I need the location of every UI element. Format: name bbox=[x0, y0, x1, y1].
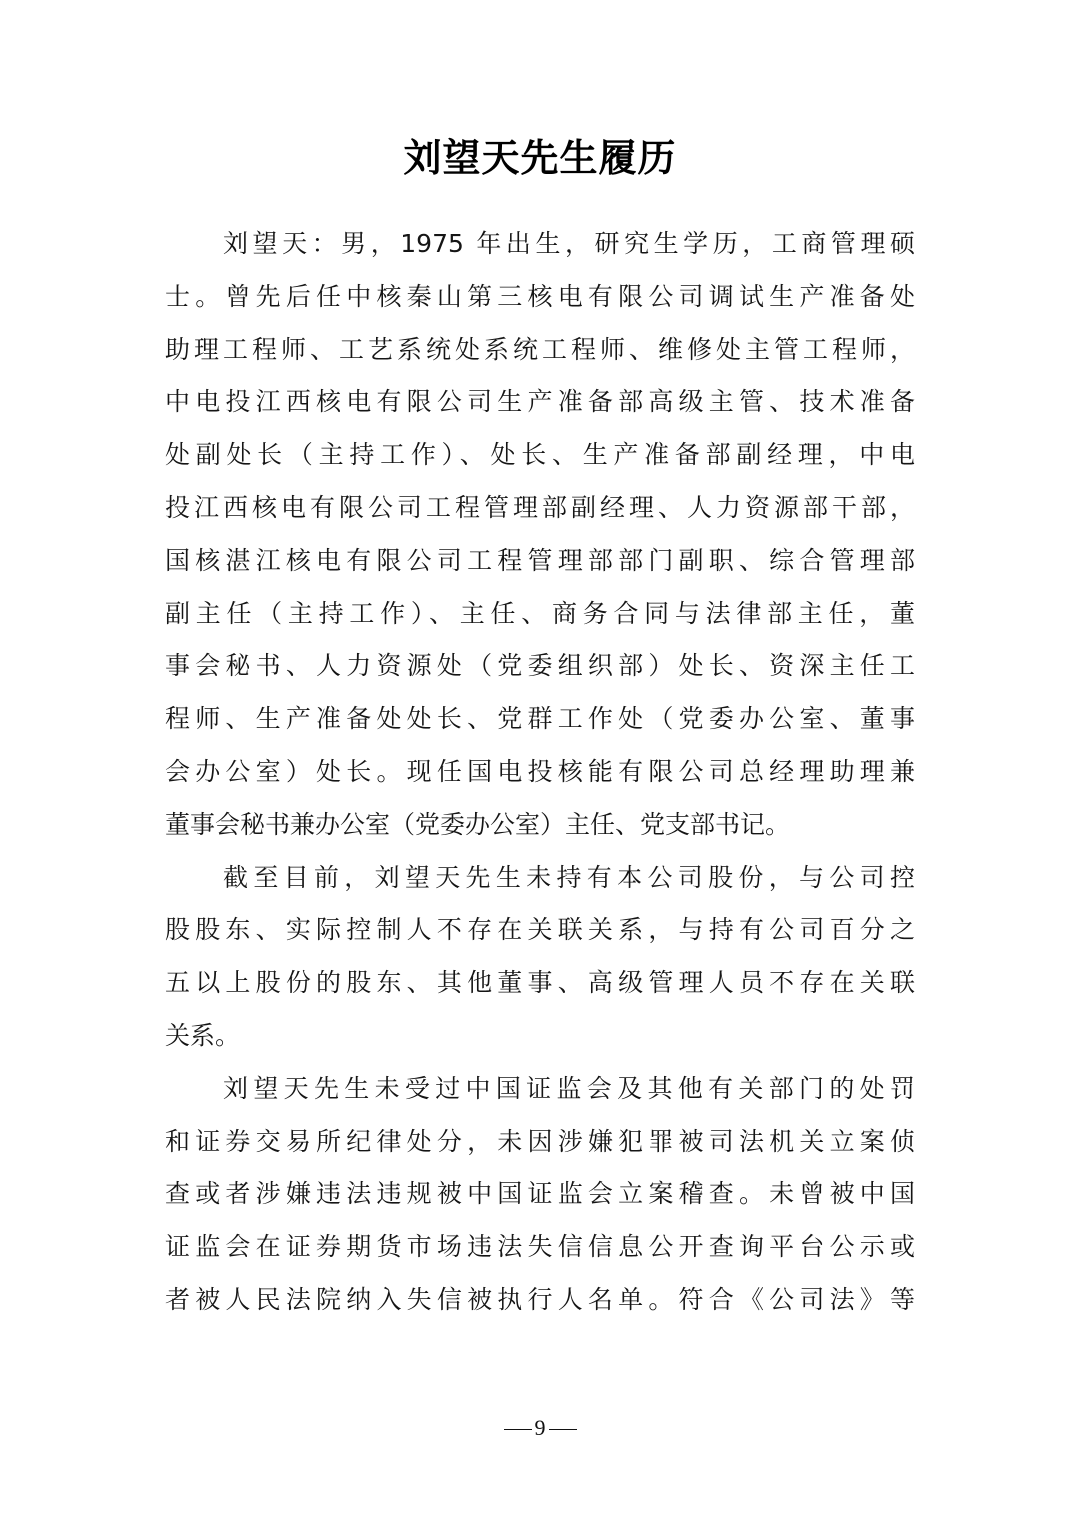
paragraph-biography: 刘望天：男，1975 年出生，研究生学历，工商管理硕 士。曾先后任中核秦山第三核… bbox=[165, 218, 915, 852]
text-line: 董事会秘书兼办公室（党委办公室）主任、党支部书记。 bbox=[165, 799, 915, 852]
text-line: 五以上股份的股东、其他董事、高级管理人员不存在关联 bbox=[165, 957, 915, 1010]
document-body: 刘望天：男，1975 年出生，研究生学历，工商管理硕 士。曾先后任中核秦山第三核… bbox=[165, 218, 915, 1327]
text-line: 关系。 bbox=[165, 1010, 915, 1063]
text-line: 副主任（主持工作）、主任、商务合同与法律部主任，董 bbox=[165, 588, 915, 641]
text-line: 处副处长（主持工作）、处长、生产准备部副经理，中电 bbox=[165, 429, 915, 482]
text-line: 国核湛江核电有限公司工程管理部部门副职、综合管理部 bbox=[165, 535, 915, 588]
document-page: 刘望天先生履历 刘望天：男，1975 年出生，研究生学历，工商管理硕 士。曾先后… bbox=[0, 0, 1080, 1527]
dash-right bbox=[549, 1429, 577, 1430]
text-line: 事会秘书、人力资源处（党委组织部）处长、资深主任工 bbox=[165, 640, 915, 693]
dash-left bbox=[504, 1429, 532, 1430]
paragraph-compliance: 刘望天先生未受过中国证监会及其他有关部门的处罚 和证券交易所纪律处分，未因涉嫌犯… bbox=[165, 1063, 915, 1327]
text-line: 和证券交易所纪律处分，未因涉嫌犯罪被司法机关立案侦 bbox=[165, 1116, 915, 1169]
text-line: 刘望天：男，1975 年出生，研究生学历，工商管理硕 bbox=[165, 218, 915, 271]
text-line: 助理工程师、工艺系统处系统工程师、维修处主管工程师， bbox=[165, 324, 915, 377]
text-line: 士。曾先后任中核秦山第三核电有限公司调试生产准备处 bbox=[165, 271, 915, 324]
text-line: 投江西核电有限公司工程管理部副经理、人力资源部干部， bbox=[165, 482, 915, 535]
page-number-value: 9 bbox=[535, 1415, 546, 1440]
text-line: 刘望天先生未受过中国证监会及其他有关部门的处罚 bbox=[165, 1063, 915, 1116]
text-line: 中电投江西核电有限公司生产准备部高级主管、技术准备 bbox=[165, 376, 915, 429]
text-line: 会办公室）处长。现任国电投核能有限公司总经理助理兼 bbox=[165, 746, 915, 799]
paragraph-shareholding: 截至目前，刘望天先生未持有本公司股份，与公司控 股股东、实际控制人不存在关联关系… bbox=[165, 852, 915, 1063]
text-line: 者被人民法院纳入失信被执行人名单。符合《公司法》等 bbox=[165, 1274, 915, 1327]
text-line: 截至目前，刘望天先生未持有本公司股份，与公司控 bbox=[165, 852, 915, 905]
text-line: 股股东、实际控制人不存在关联关系，与持有公司百分之 bbox=[165, 904, 915, 957]
page-number: 9 bbox=[0, 1413, 1080, 1443]
text-line: 证监会在证券期货市场违法失信信息公开查询平台公示或 bbox=[165, 1221, 915, 1274]
text-line: 查或者涉嫌违法违规被中国证监会立案稽查。未曾被中国 bbox=[165, 1168, 915, 1221]
page-title: 刘望天先生履历 bbox=[0, 128, 1080, 188]
text-line: 程师、生产准备处处长、党群工作处（党委办公室、董事 bbox=[165, 693, 915, 746]
